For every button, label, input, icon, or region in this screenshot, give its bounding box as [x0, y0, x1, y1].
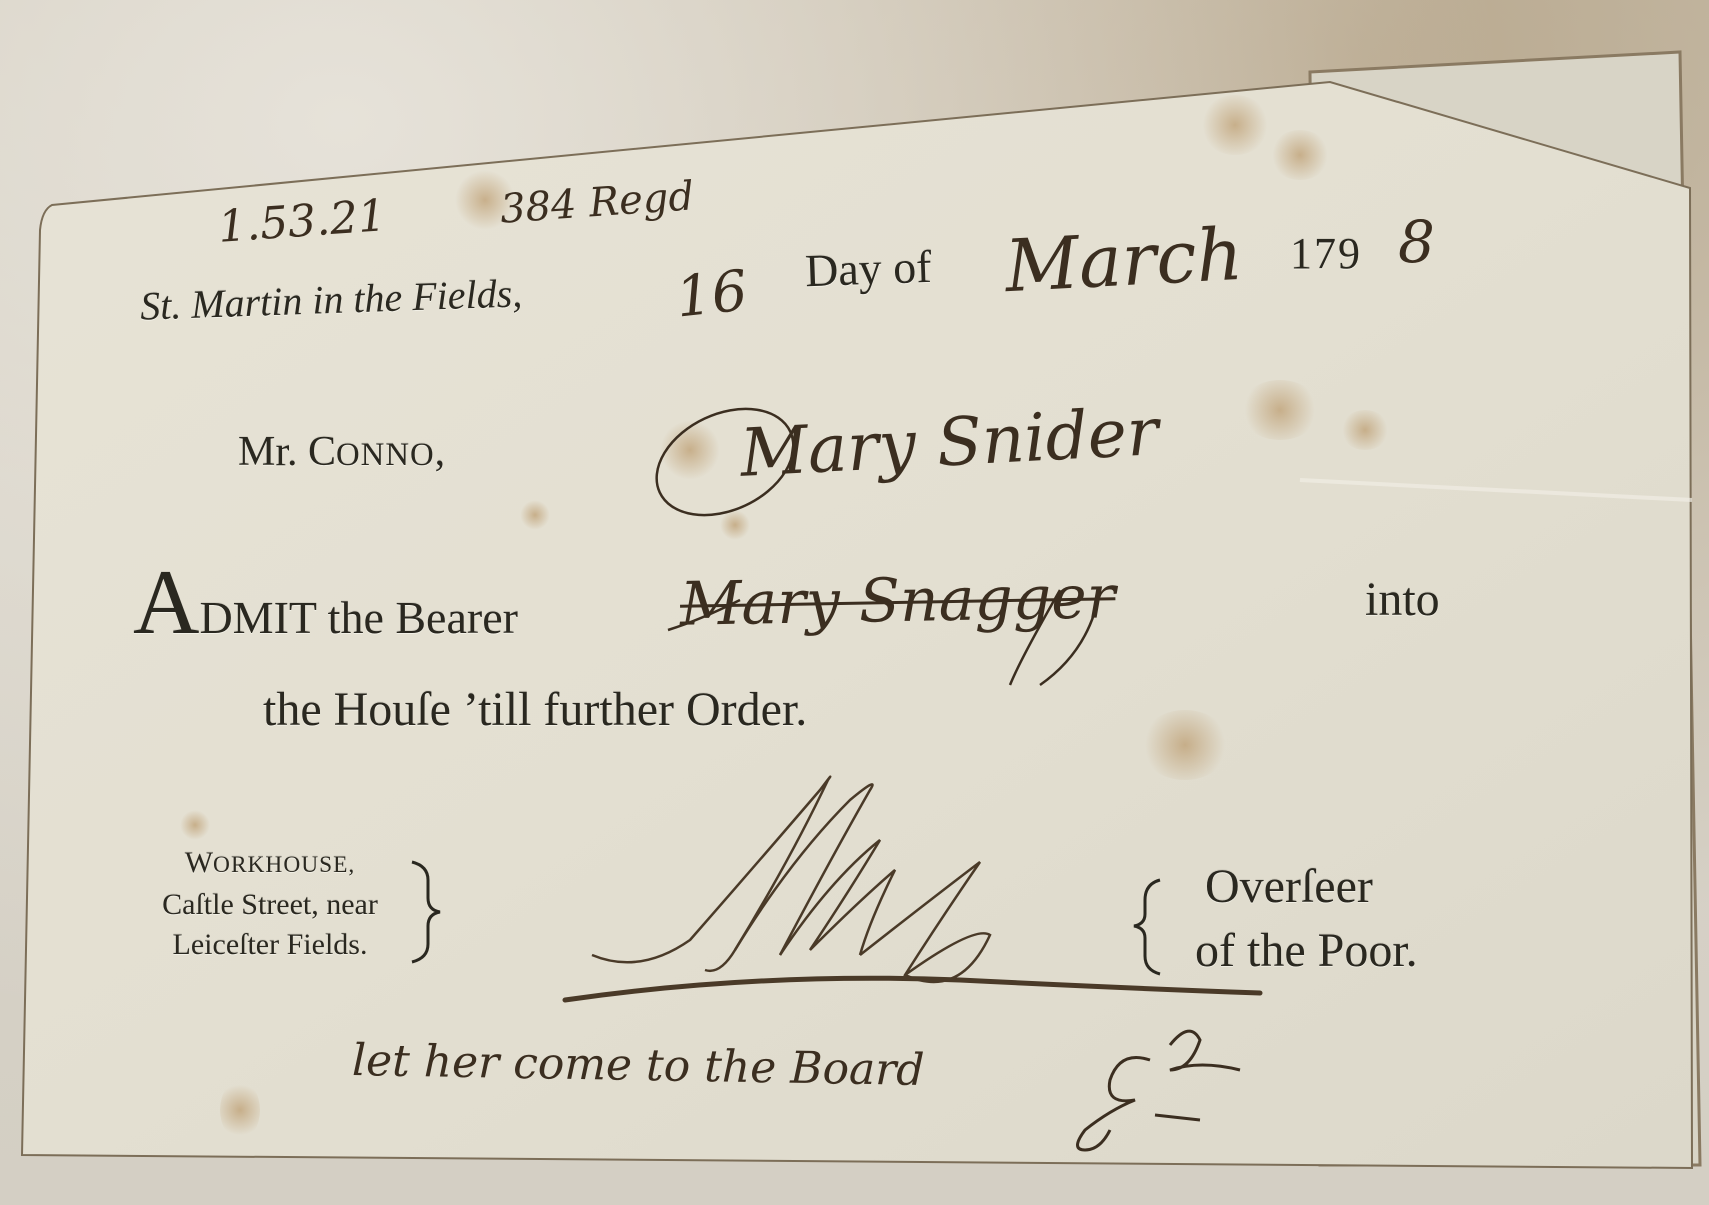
footer-note: let her come to the Board [352, 1035, 925, 1096]
signature-text: Wm. M. [700, 860, 704, 861]
month-name: March [1003, 212, 1245, 308]
day-number: 16 [673, 258, 751, 330]
admit-drop-cap: A [133, 551, 199, 653]
addressee-prefix: Mr. [238, 429, 298, 475]
admit-word-rest: DMIT [199, 592, 316, 643]
day-of-label: Day of [804, 240, 932, 297]
admit-line: ADMIT the Bearer [133, 556, 518, 648]
workhouse-rest: ORKHOUSE, [213, 852, 355, 878]
workhouse-street: Caſtle Street, near [130, 885, 410, 925]
addressee-name-initial: C [308, 429, 336, 475]
addressee-name-rest: ONNO [336, 437, 435, 473]
year-printed: 179 [1290, 228, 1362, 279]
bearer-label: the Bearer [328, 592, 518, 643]
addressee-comma: , [435, 429, 446, 475]
workhouse-locality: Leiceſter Fields. [130, 925, 410, 965]
order-line: the Houſe ’till further Order. [263, 682, 807, 737]
workhouse-address: WORKHOUSE, Caſtle Street, near Leiceſter… [130, 843, 410, 965]
overseer-label: Overſeer of the Poor. [1195, 855, 1418, 983]
overseer-line1: Overſeer [1195, 855, 1418, 919]
year-last-digit: 8 [1398, 208, 1435, 276]
addressee: Mr. CONNO, [238, 428, 445, 476]
into-label: into [1365, 572, 1440, 627]
overseer-line2: of the Poor. [1195, 919, 1418, 983]
struck-bearer-name: Mary Snagger [679, 562, 1116, 640]
footer-initials-text: Ed [1090, 1040, 1091, 1041]
workhouse-initial: W [185, 846, 213, 879]
